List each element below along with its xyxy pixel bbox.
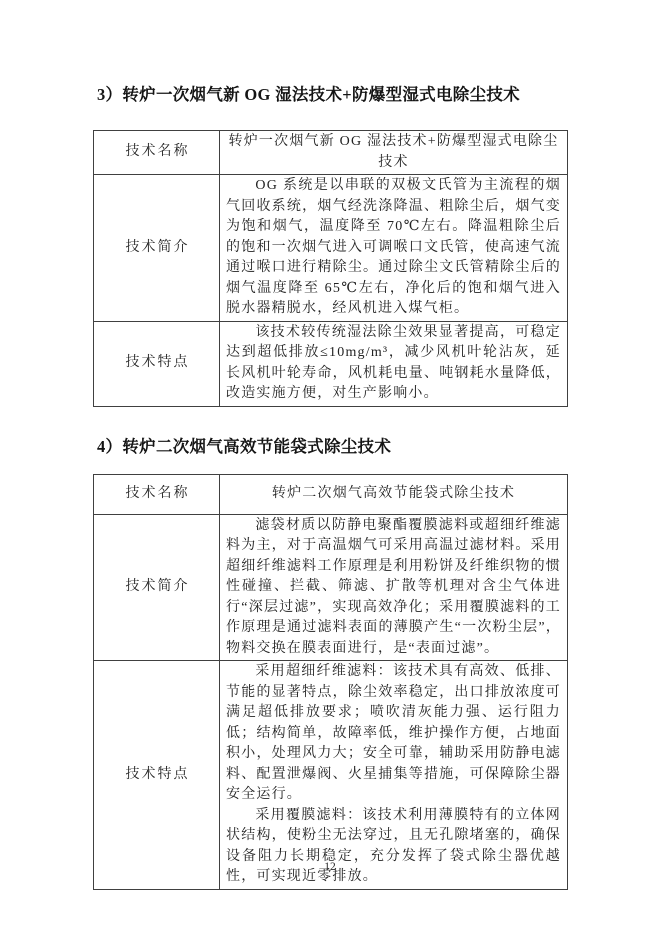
table-row-tech-name: 技术名称 转炉二次烟气高效节能袋式除尘技术 (94, 474, 568, 514)
section-4-table: 技术名称 转炉二次烟气高效节能袋式除尘技术 技术简介 滤袋材质以防静电聚酯覆膜滤… (93, 474, 568, 890)
tech-name-text: 转炉一次烟气新 OG 湿法技术+防爆型湿式电除尘技术 (226, 132, 561, 173)
section-3-table: 技术名称 转炉一次烟气新 OG 湿法技术+防爆型湿式电除尘技术 技术简介 OG … (93, 130, 568, 407)
row-value-tech-name: 转炉二次烟气高效节能袋式除尘技术 (220, 474, 568, 514)
row-label-tech-intro: 技术简介 (94, 175, 220, 322)
section-4-heading: 4）转炉二次烟气高效节能袋式除尘技术 (93, 436, 568, 458)
row-value-tech-intro: OG 系统是以串联的双极文氏管为主流程的烟气回收系统，烟气经洗涤降温、粗除尘后，… (220, 175, 568, 322)
table-row-tech-features: 技术特点 该技术较传统湿法除尘效果显著提高，可稳定达到超低排放≤10mg/m³，… (94, 321, 568, 406)
row-value-tech-features: 该技术较传统湿法除尘效果显著提高，可稳定达到超低排放≤10mg/m³，减少风机叶… (220, 321, 568, 406)
row-label-tech-features: 技术特点 (94, 321, 220, 406)
table-row-tech-name: 技术名称 转炉一次烟气新 OG 湿法技术+防爆型湿式电除尘技术 (94, 131, 568, 175)
table-row-tech-intro: 技术简介 OG 系统是以串联的双极文氏管为主流程的烟气回收系统，烟气经洗涤降温、… (94, 175, 568, 322)
section-3-heading: 3）转炉一次烟气新 OG 湿法技术+防爆型湿式电除尘技术 (93, 84, 568, 106)
page-content: 3）转炉一次烟气新 OG 湿法技术+防爆型湿式电除尘技术 技术名称 转炉一次烟气… (93, 0, 568, 890)
row-label-tech-features: 技术特点 (94, 661, 220, 890)
tech-features-paragraph-1: 采用超细纤维滤料：该技术具有高效、低排、节能的显著特点，除尘效率稳定，出口排放浓… (226, 662, 561, 806)
row-label-tech-name: 技术名称 (94, 474, 220, 514)
tech-features-paragraph: 该技术较传统湿法除尘效果显著提高，可稳定达到超低排放≤10mg/m³，减少风机叶… (226, 323, 561, 405)
row-label-tech-name: 技术名称 (94, 131, 220, 175)
row-label-tech-intro: 技术简介 (94, 514, 220, 661)
table-row-tech-intro: 技术简介 滤袋材质以防静电聚酯覆膜滤料或超细纤维滤料为主，对于高温烟气可采用高温… (94, 514, 568, 661)
row-value-tech-name: 转炉一次烟气新 OG 湿法技术+防爆型湿式电除尘技术 (220, 131, 568, 175)
row-value-tech-features: 采用超细纤维滤料：该技术具有高效、低排、节能的显著特点，除尘效率稳定，出口排放浓… (220, 661, 568, 890)
tech-intro-paragraph: OG 系统是以串联的双极文氏管为主流程的烟气回收系统，烟气经洗涤降温、粗除尘后，… (226, 176, 561, 320)
tech-name-text: 转炉二次烟气高效节能袋式除尘技术 (226, 484, 561, 505)
tech-intro-paragraph: 滤袋材质以防静电聚酯覆膜滤料或超细纤维滤料为主，对于高温烟气可采用高温过滤材料。… (226, 516, 561, 660)
table-row-tech-features: 技术特点 采用超细纤维滤料：该技术具有高效、低排、节能的显著特点，除尘效率稳定，… (94, 661, 568, 890)
document-page: 3）转炉一次烟气新 OG 湿法技术+防爆型湿式电除尘技术 技术名称 转炉一次烟气… (0, 0, 660, 933)
row-value-tech-intro: 滤袋材质以防静电聚酯覆膜滤料或超细纤维滤料为主，对于高温烟气可采用高温过滤材料。… (220, 514, 568, 661)
page-number: 12 (0, 861, 660, 873)
tech-features-paragraph-2: 采用覆膜滤料：该技术利用薄膜特有的立体网状结构，使粉尘无法穿过，且无孔隙堵塞的，… (226, 806, 561, 888)
